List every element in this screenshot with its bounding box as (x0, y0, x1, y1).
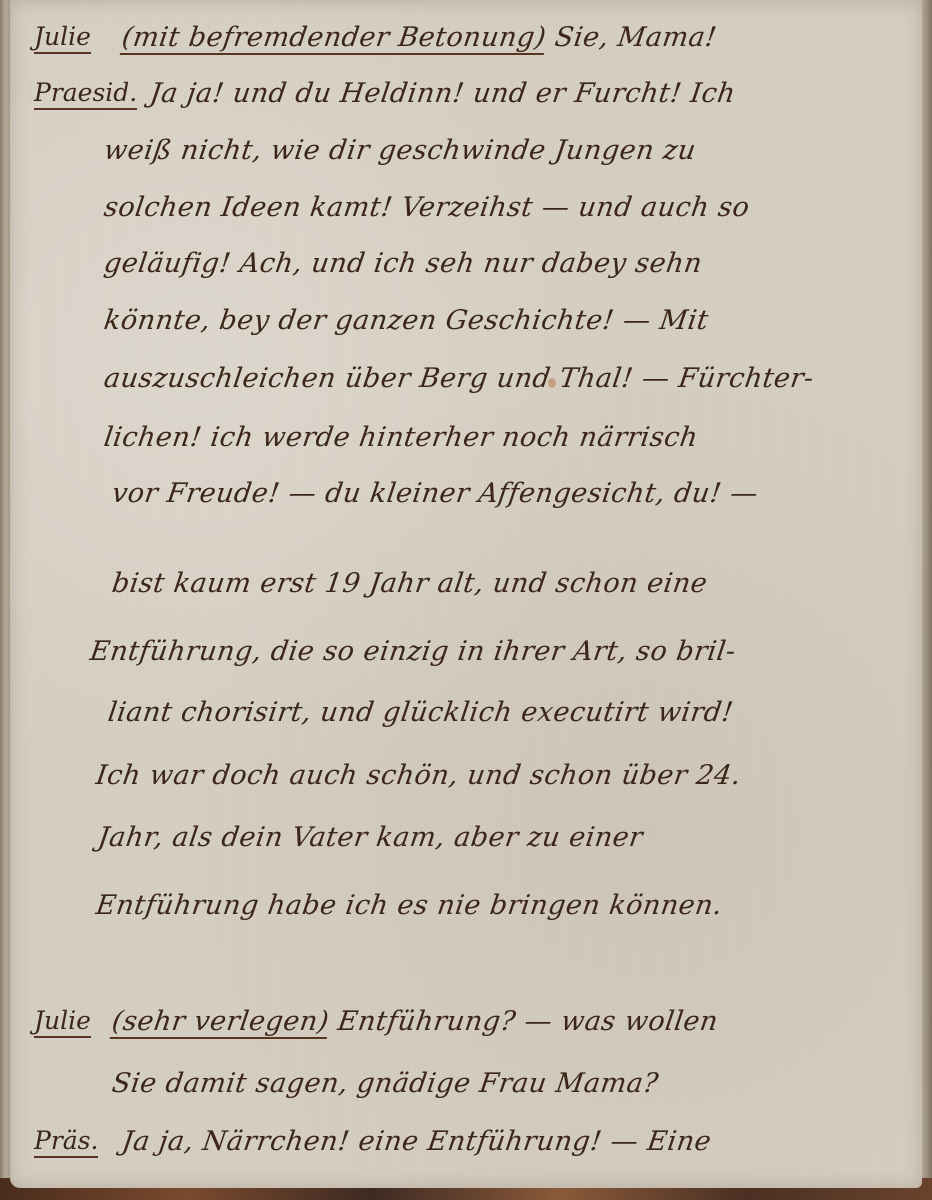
line-text: Entführung? — was wollen (336, 1006, 720, 1037)
manuscript-line: vor Freude! — du kleiner Affengesicht, d… (110, 478, 760, 509)
manuscript-line: Ja ja, Närrchen! eine Entführung! — Eine (120, 1126, 713, 1157)
manuscript-line: liant chorisirt, und glücklich executirt… (106, 697, 735, 728)
manuscript-line: Ich war doch auch schön, und schon über … (94, 760, 743, 791)
speaker-label: Julie (34, 22, 91, 54)
speaker-label: Julie (34, 1006, 91, 1038)
speaker-label: Präs. (34, 1126, 98, 1158)
line-text: Sie, Mama! (553, 22, 719, 53)
manuscript-line: Ja ja! und du Heldinn! und er Furcht! Ic… (148, 78, 738, 109)
manuscript-line: auszuschleichen über Berg und Thal! — Fü… (102, 363, 816, 394)
manuscript-line: Entführung, die so einzig in ihrer Art, … (88, 636, 738, 667)
manuscript-line: lichen! ich werde hinterher noch närrisc… (102, 422, 700, 453)
stage-direction: (mit befremdender Betonung) (120, 22, 548, 55)
manuscript-line: geläufig! Ach, und ich seh nur dabey seh… (102, 248, 704, 279)
manuscript-line: könnte, bey der ganzen Geschichte! — Mit (102, 305, 711, 336)
stage-direction: (sehr verlegen) (110, 1006, 331, 1039)
manuscript-line: Jahr, als dein Vater kam, aber zu einer (96, 822, 645, 853)
manuscript-line: Entführung habe ich es nie bringen könne… (94, 890, 724, 921)
manuscript-line: (sehr verlegen) Entführung? — was wollen (110, 1006, 720, 1037)
manuscript-line: bist kaum erst 19 Jahr alt, und schon ei… (110, 568, 709, 599)
manuscript-line: Sie damit sagen, gnädige Frau Mama? (110, 1068, 661, 1099)
manuscript-page: Julie (mit befremdender Betonung) Sie, M… (10, 0, 922, 1188)
manuscript-line: (mit befremdender Betonung) Sie, Mama! (120, 22, 719, 53)
speaker-label: Praesid. (34, 78, 137, 110)
manuscript-line: weiß nicht, wie dir geschwinde Jungen zu (102, 135, 698, 166)
manuscript-line: solchen Ideen kamt! Verzeihst — und auch… (102, 192, 752, 223)
